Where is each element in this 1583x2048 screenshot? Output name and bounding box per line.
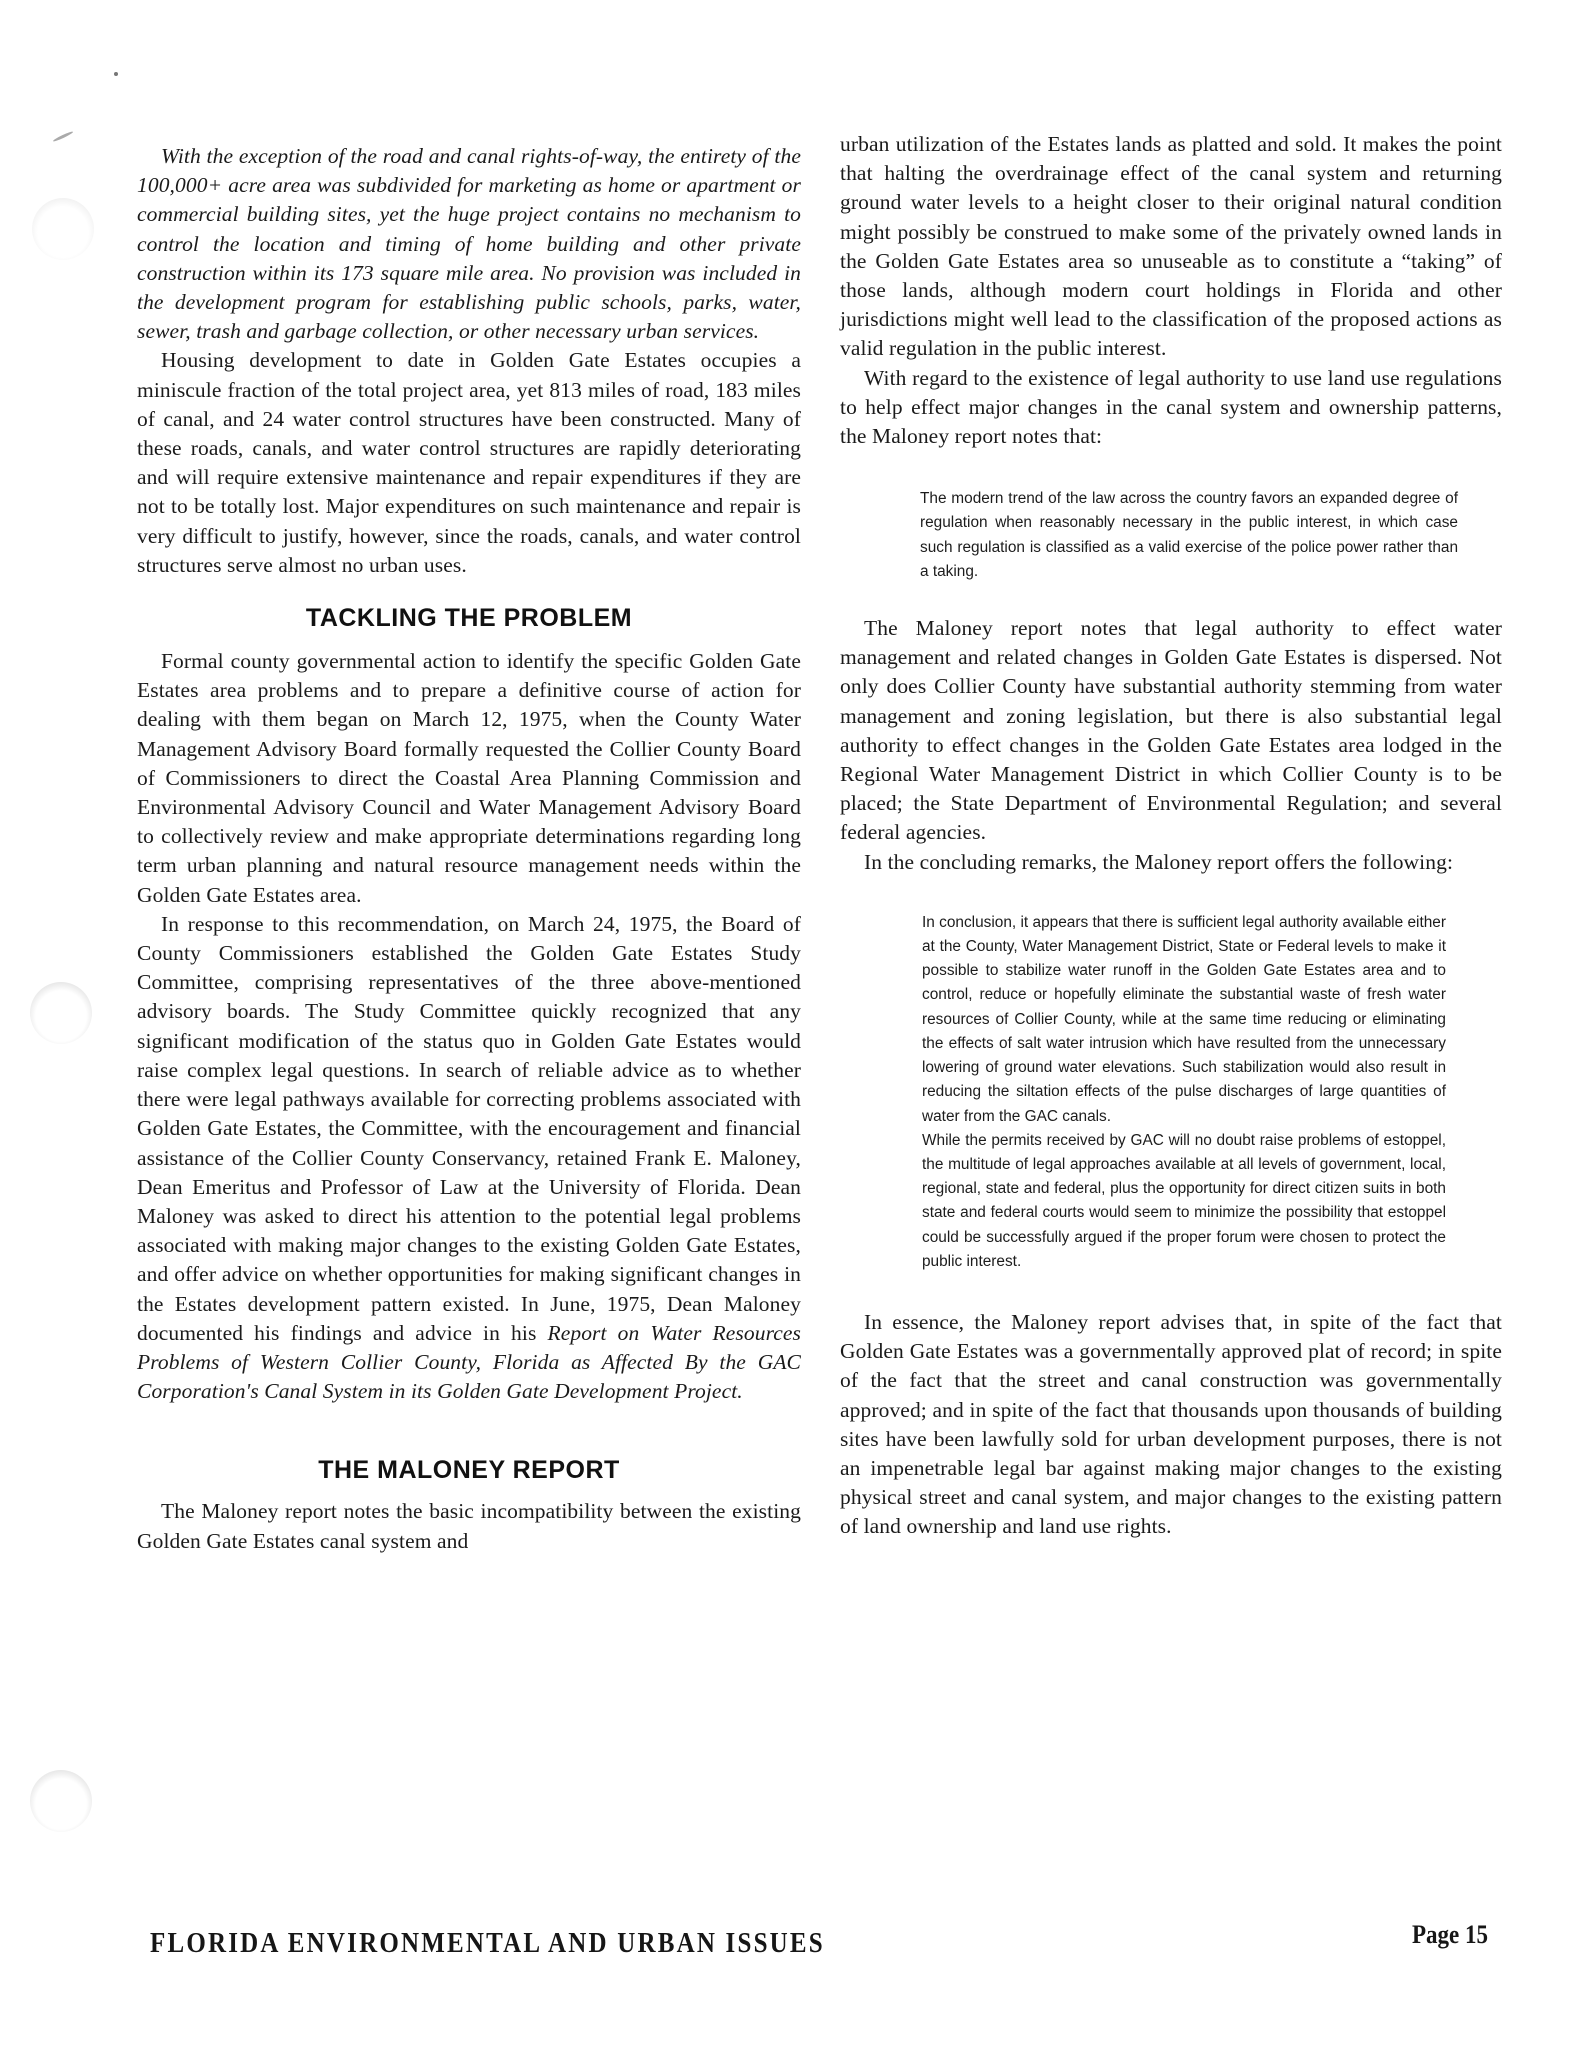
section-heading-tackling: TACKLING THE PROBLEM xyxy=(137,604,801,633)
page-number: Page 15 xyxy=(1412,1920,1488,1950)
legal-authority-paragraph: With regard to the existence of legal au… xyxy=(840,364,1502,452)
quote-estoppel: While the permits received by GAC will n… xyxy=(922,1129,1446,1274)
response-paragraph: In response to this recommendation, on M… xyxy=(137,910,801,1406)
section-heading-maloney: THE MALONEY REPORT xyxy=(137,1456,801,1485)
scan-speck xyxy=(52,130,73,142)
scan-speck xyxy=(114,72,118,76)
publication-title: FLORIDA ENVIRONMENTAL AND URBAN ISSUES xyxy=(150,1928,825,1960)
formal-action-paragraph: Formal county governmental action to ide… xyxy=(137,647,801,910)
response-text: In response to this recommendation, on M… xyxy=(137,912,801,1345)
continuation-paragraph: urban utilization of the Estates lands a… xyxy=(840,130,1502,364)
left-column: With the exception of the road and canal… xyxy=(137,142,801,1556)
dispersed-authority-paragraph: The Maloney report notes that legal auth… xyxy=(840,614,1502,848)
essence-paragraph: In essence, the Maloney report advises t… xyxy=(840,1308,1502,1542)
maloney-intro-paragraph: The Maloney report notes the basic incom… xyxy=(137,1497,801,1555)
quote-conclusion: In conclusion, it appears that there is … xyxy=(922,911,1446,1129)
binder-hole-top xyxy=(32,198,94,260)
document-page: With the exception of the road and canal… xyxy=(0,0,1583,2048)
binder-hole-bottom xyxy=(30,1770,92,1832)
right-column: urban utilization of the Estates lands a… xyxy=(840,130,1502,1542)
intro-paragraph: With the exception of the road and canal… xyxy=(137,142,801,346)
concluding-remarks-paragraph: In the concluding remarks, the Maloney r… xyxy=(840,848,1502,877)
binder-hole-middle xyxy=(30,982,92,1044)
housing-paragraph: Housing development to date in Golden Ga… xyxy=(137,346,801,580)
quote-modern-trend: The modern trend of the law across the c… xyxy=(920,487,1458,584)
